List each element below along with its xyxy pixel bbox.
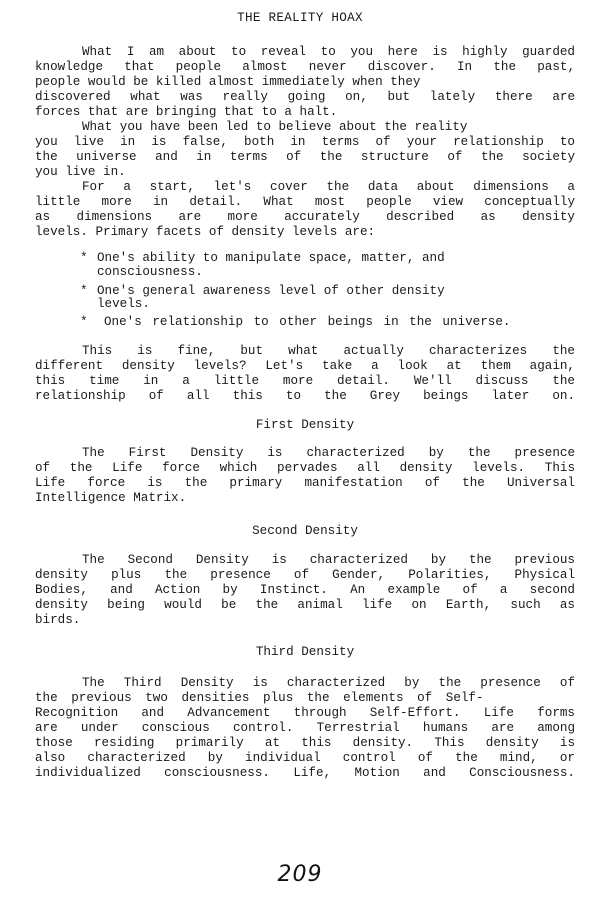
- bullet-marker: *: [80, 284, 88, 299]
- text-line: This is fine, but what actually characte…: [82, 344, 575, 359]
- document-page: THE REALITY HOAX What I am about to reve…: [0, 0, 600, 905]
- document-title: THE REALITY HOAX: [0, 11, 600, 25]
- text-line: density being would be the animal life o…: [35, 598, 575, 613]
- text-line: of the Life force which pervades all den…: [35, 461, 575, 476]
- text-line: The Third Density is characterized by th…: [82, 676, 575, 691]
- text-line: levels. Primary facets of density levels…: [35, 225, 575, 240]
- text-line: are under conscious control. Terrestrial…: [35, 721, 575, 736]
- text-line: Intelligence Matrix.: [35, 491, 575, 506]
- bullet-marker: *: [80, 251, 88, 266]
- text-line: The Second Density is characterized by t…: [82, 553, 575, 568]
- text-line: individualized consciousness. Life, Moti…: [35, 766, 575, 781]
- text-line: What you have been led to believe about …: [82, 120, 575, 135]
- text-line: relationship of all this to the Grey bei…: [35, 389, 575, 404]
- text-line: people would be killed almost immediatel…: [35, 75, 575, 90]
- text-line: For a start, let's cover the data about …: [82, 180, 575, 195]
- text-line: knowledge that people almost never disco…: [35, 60, 575, 75]
- text-line: you live in.: [35, 165, 575, 180]
- text-line: Life force is the primary manifestation …: [35, 476, 575, 491]
- text-line: you live in is false, both in terms of y…: [35, 135, 575, 150]
- text-line: birds.: [35, 613, 575, 628]
- section-heading-first-density: First Density: [35, 418, 575, 433]
- text-line: the universe and in terms of the structu…: [35, 150, 575, 165]
- text-line: the previous two densities plus the elem…: [35, 691, 575, 706]
- text-line: Recognition and Advancement through Self…: [35, 706, 575, 721]
- text-line: different density levels? Let's take a l…: [35, 359, 575, 374]
- bullet-item-continuation: consciousness.: [97, 265, 203, 280]
- section-heading-third-density: Third Density: [35, 645, 575, 660]
- bullet-item: One's ability to manipulate space, matte…: [97, 251, 445, 266]
- text-line: Bodies, and Action by Instinct. An examp…: [35, 583, 575, 598]
- bullet-item: One's relationship to other beings in th…: [104, 315, 510, 330]
- text-line: forces that are bringing that to a halt.: [35, 105, 575, 120]
- bullet-item-continuation: levels.: [97, 297, 150, 312]
- text-line: density plus the presence of Gender, Pol…: [35, 568, 575, 583]
- section-heading-second-density: Second Density: [35, 524, 575, 539]
- text-line: those residing primarily at this density…: [35, 736, 575, 751]
- text-line: discovered what was really going on, but…: [35, 90, 575, 105]
- text-line: also characterized by individual control…: [35, 751, 575, 766]
- page-number: 209: [0, 862, 600, 887]
- bullet-marker: *: [80, 315, 88, 330]
- text-line: What I am about to reveal to you here is…: [82, 45, 575, 60]
- text-line: The First Density is characterized by th…: [82, 446, 575, 461]
- text-line: as dimensions are more accurately descri…: [35, 210, 575, 225]
- text-line: this time in a little more detail. We'll…: [35, 374, 575, 389]
- text-line: little more in detail. What most people …: [35, 195, 575, 210]
